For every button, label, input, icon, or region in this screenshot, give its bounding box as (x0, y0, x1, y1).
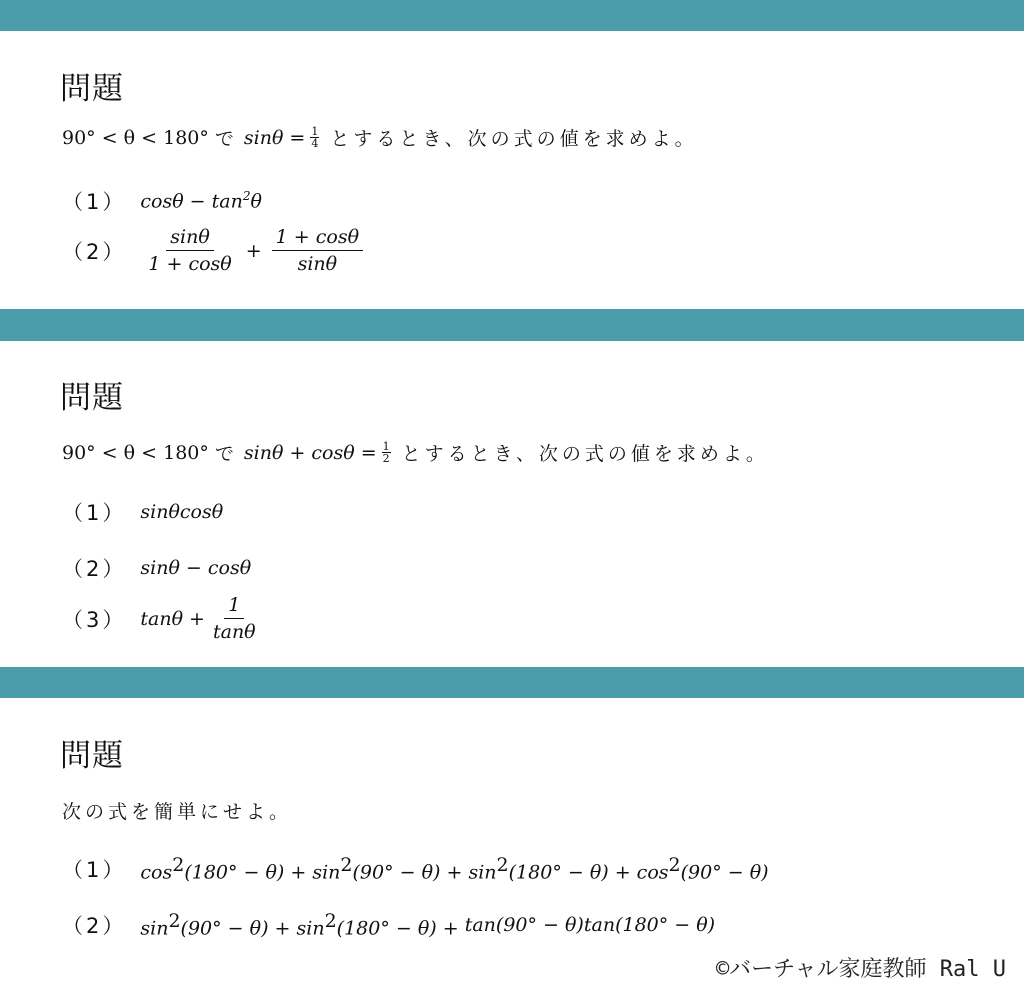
arg: (180° − θ) (184, 862, 284, 884)
fraction-2: 1 + cosθ sinθ (272, 226, 363, 275)
sup: 2 (325, 910, 337, 932)
item-label: （3） (62, 604, 126, 634)
arg: (180° − θ) (509, 862, 609, 884)
header-band-1 (0, 0, 1024, 31)
header-band-2 (0, 309, 1024, 341)
arg: (90° − θ) (181, 918, 269, 940)
condition-given: sinθ + cosθ (244, 442, 355, 464)
expr-term: cos2(90° − θ) (637, 854, 769, 883)
fraction-numerator: 1 (224, 594, 244, 619)
fn: cos (140, 862, 172, 884)
op: + (269, 918, 297, 940)
equals-sign: = (289, 127, 305, 149)
condition-tail: とするとき、次の式の値を求めよ。 (402, 439, 769, 466)
expr-term: sin2(180° − θ) + (297, 910, 465, 939)
item-label: （2） (62, 910, 126, 940)
problem-1-title: 問題 (60, 63, 124, 108)
problem-1-condition: 90° < θ < 180° で sinθ = 1 4 とするとき、次の式の値を… (62, 124, 698, 151)
arg: (180° − θ) (615, 914, 715, 936)
condition-range: 90° < θ < 180° (62, 442, 209, 464)
sup: 2 (669, 854, 681, 876)
fraction-1: sinθ 1 + cosθ (144, 226, 235, 275)
fraction: 1 tanθ (209, 594, 260, 643)
problem-2-item-2: （2） sinθ − cosθ (62, 553, 251, 583)
fn: tan (465, 914, 496, 936)
item-expression: cosθ − tan2θ (140, 189, 262, 212)
arg: (90° − θ) (496, 914, 584, 936)
expr-term: sin2(90° − θ) + (312, 854, 468, 883)
expr-term: tan(90° − θ) (465, 914, 584, 936)
copyright-footer: ©バーチャル家庭教師 Ral U (716, 952, 1006, 983)
fraction-numerator: sinθ (166, 226, 214, 251)
expr-term: sin2(180° − θ) + (468, 854, 636, 883)
expr-part-a: cosθ − tan (140, 191, 242, 213)
problem-2-title: 問題 (60, 372, 124, 417)
problem-2-condition: 90° < θ < 180° で sinθ + cosθ = 1 2 とするとき… (62, 439, 769, 466)
item-expression: sinθcosθ (140, 501, 223, 523)
expr-term: sin2(90° − θ) + (140, 910, 296, 939)
fraction-denominator: tanθ (209, 619, 260, 643)
item-label: （1） (62, 186, 126, 216)
problem-2-item-3: （3） tanθ + 1 tanθ (62, 594, 264, 643)
expr-part-b: θ (250, 191, 261, 213)
item-label: （2） (62, 236, 126, 266)
sup: 2 (340, 854, 352, 876)
header-band-3 (0, 667, 1024, 698)
item-label: （2） (62, 553, 126, 583)
fn: sin (312, 862, 340, 884)
expr-term: cos2(180° − θ) + (140, 854, 312, 883)
condition-de: で (215, 124, 238, 151)
equals-sign: = (361, 442, 377, 464)
fn: sin (468, 862, 496, 884)
fraction-denominator: 4 (311, 138, 318, 149)
instruction-text: 次の式を簡単にせよ。 (62, 797, 292, 824)
item-label: （1） (62, 854, 126, 884)
arg: (90° − θ) (681, 862, 769, 884)
fraction-denominator: sinθ (294, 251, 342, 275)
expr-term: tan(180° − θ) (584, 914, 715, 936)
problem-1-item-2: （2） sinθ 1 + cosθ + 1 + cosθ sinθ (62, 226, 367, 275)
op: + (284, 862, 312, 884)
condition-given: sinθ (244, 127, 284, 149)
sup: 2 (497, 854, 509, 876)
op: + (609, 862, 637, 884)
item-label: （1） (62, 497, 126, 527)
op: + (440, 862, 468, 884)
fraction-numerator: 1 + cosθ (272, 226, 363, 251)
plus-operator: + (246, 240, 262, 262)
fn: cos (637, 862, 669, 884)
sup: 2 (168, 910, 180, 932)
problem-3-title: 問題 (60, 730, 124, 775)
problem-3-item-1: （1） cos2(180° − θ) + sin2(90° − θ) + sin… (62, 854, 769, 884)
fn: sin (297, 918, 325, 940)
fraction-denominator: 1 + cosθ (144, 251, 235, 275)
item-expression: sinθ − cosθ (140, 557, 251, 579)
fn: sin (140, 918, 168, 940)
arg: (90° − θ) (353, 862, 441, 884)
item-expression-lead: tanθ + (140, 608, 205, 630)
fraction-denominator: 2 (383, 453, 390, 464)
problem-2-item-1: （1） sinθcosθ (62, 497, 223, 527)
arg: (180° − θ) (337, 918, 437, 940)
problem-1-item-1: （1） cosθ − tan2θ (62, 186, 262, 216)
problem-3-instruction: 次の式を簡単にせよ。 (62, 797, 292, 824)
fn: tan (584, 914, 615, 936)
condition-range: 90° < θ < 180° (62, 127, 209, 149)
op: + (437, 918, 465, 940)
condition-de: で (215, 439, 238, 466)
problem-3-item-2: （2） sin2(90° − θ) + sin2(180° − θ) + tan… (62, 910, 715, 940)
condition-tail: とするとき、次の式の値を求めよ。 (330, 124, 697, 151)
condition-fraction: 1 4 (310, 126, 319, 149)
condition-fraction: 1 2 (382, 441, 391, 464)
sup: 2 (172, 854, 184, 876)
